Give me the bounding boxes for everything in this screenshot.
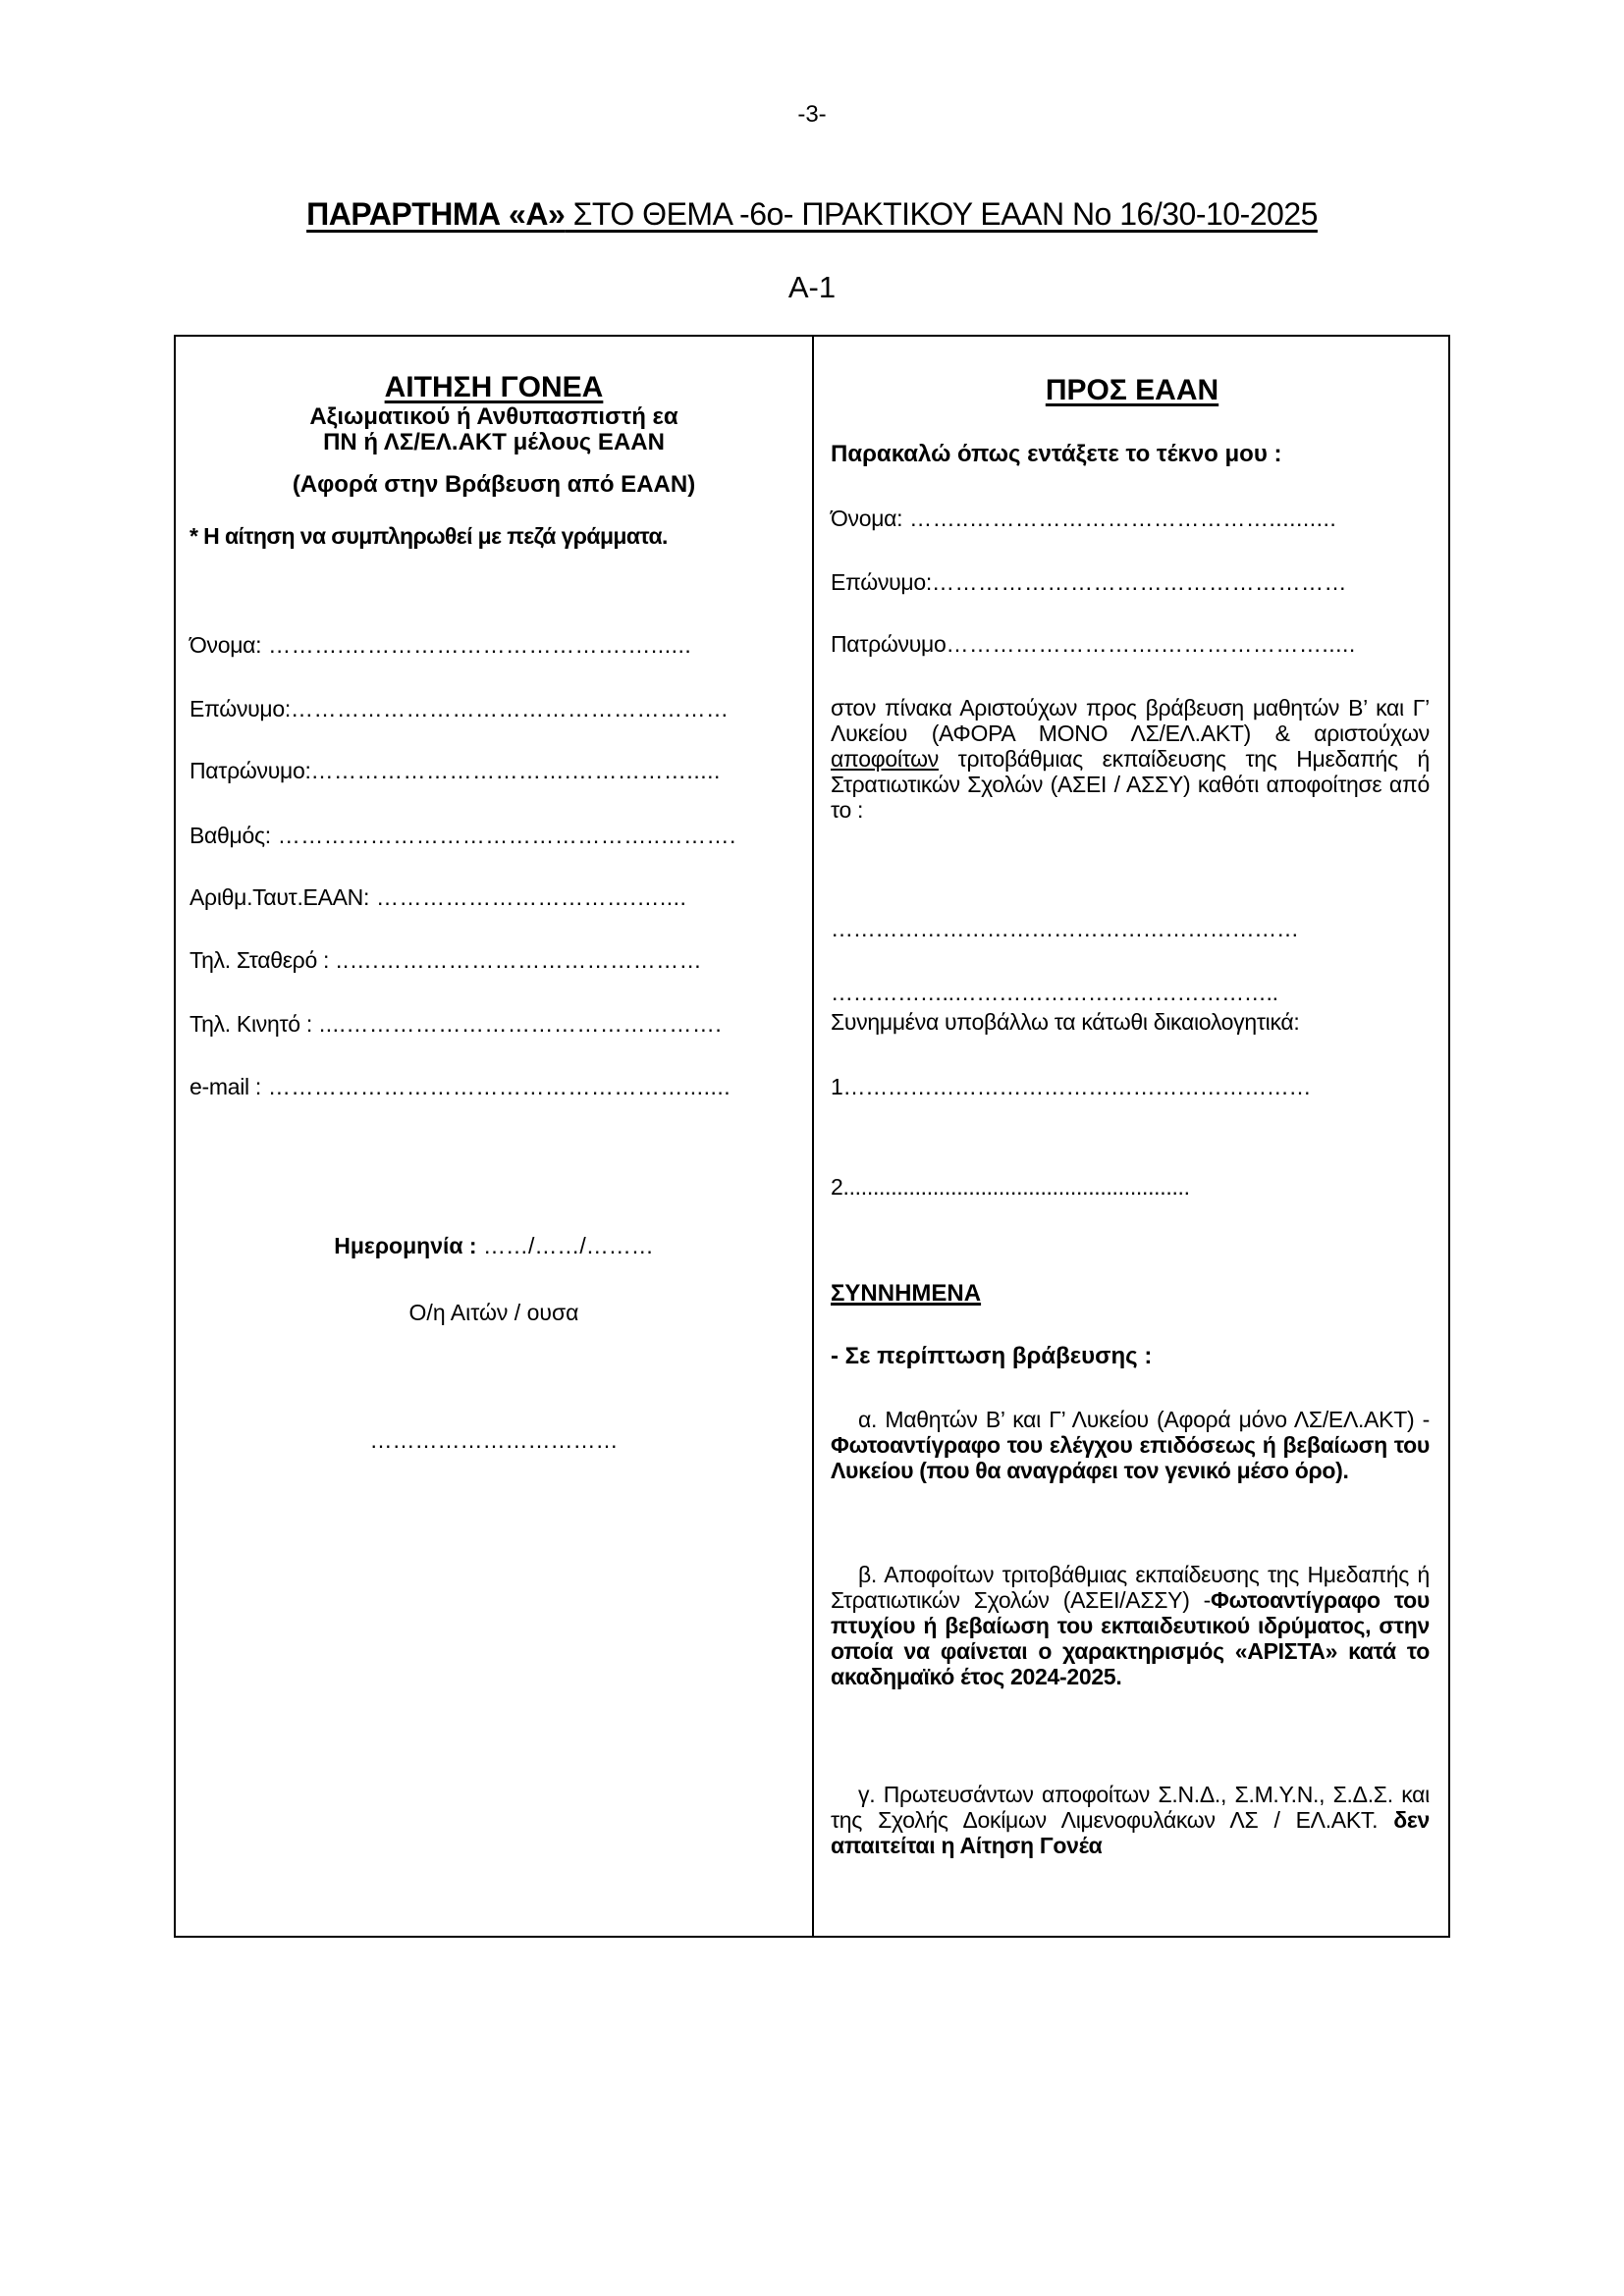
annex-code: Α-1	[0, 270, 1624, 305]
attachment-item-a: α. Μαθητών Β’ και Γ’ Λυκείου (Αφορά μόνο…	[831, 1407, 1430, 1483]
email-field[interactable]: e-mail : ……………………………………………….......	[189, 1074, 731, 1100]
signature-field[interactable]: ……………………………	[176, 1427, 812, 1454]
page-number: -3-	[0, 101, 1624, 129]
child-surname-field[interactable]: Επώνυμο:………………………………………………	[831, 569, 1347, 596]
parent-rank-field[interactable]: Βαθμός: …………………………………………..……….	[189, 823, 736, 849]
to-eaan-heading: ΠΡΟΣ ΕΑΑΝ	[814, 374, 1450, 407]
date-field[interactable]: Ημερομηνία : ……/……/………	[176, 1233, 812, 1259]
award-table-paragraph: στον πίνακα Αριστούχων προς βράβευση μαθ…	[831, 695, 1430, 823]
attachment-item-b: β. Αποφοίτων τριτοβάθμιας εκπαίδευσης τη…	[831, 1562, 1430, 1689]
graduated-from-field-line1[interactable]: ………………………………………………………	[831, 916, 1299, 942]
attachments-intro: Συνημμένα υποβάλλω τα κάτωθι δικαιολογητ…	[831, 1009, 1299, 1036]
document-title-annex: ΠΑΡΑΡΤΗΜΑ «Α»	[306, 196, 565, 232]
enrollment-request: Παρακαλώ όπως εντάξετε το τέκνο μου :	[831, 441, 1281, 468]
application-form-table: ΑΙΤΗΣΗ ΓΟΝΕΑ Αξιωματικού ή Ανθυπασπιστή …	[174, 335, 1450, 1938]
mobile-phone-field[interactable]: Τηλ. Κινητό : ....………………………………………….	[189, 1011, 722, 1038]
applicant-rank-line1: Αξιωματικού ή Ανθυπασπιστή εα	[176, 403, 812, 431]
applicant-rank-line2: ΠΝ ή ΛΣ/ΕΛ.ΑΚΤ μέλους ΕΑΑΝ	[176, 429, 812, 456]
attachment-item-c: γ. Πρωτευσάντων αποφοίτων Σ.Ν.Δ., Σ.Μ.Υ.…	[831, 1782, 1430, 1858]
landline-phone-field[interactable]: Τηλ. Σταθερό : ..….……………………………………	[189, 947, 702, 974]
document-title-rest: ΣΤΟ ΘΕΜΑ -6ο- ΠΡΑΚΤΙΚΟΥ ΕΑΑΝ Νο 16/30-10…	[565, 196, 1318, 232]
to-eaan-column: ΠΡΟΣ ΕΑΑΝ Παρακαλώ όπως εντάξετε το τέκν…	[814, 337, 1450, 1936]
attachment-2-field[interactable]: 2.......................................…	[831, 1174, 1190, 1201]
parent-application-column: ΑΙΤΗΣΗ ΓΟΝΕΑ Αξιωματικού ή Ανθυπασπιστή …	[176, 337, 812, 1936]
application-subject: (Αφορά στην Βράβευση από ΕΑΑΝ)	[176, 471, 812, 499]
parent-name-field[interactable]: Όνομα: ……….……………………………….…......	[189, 632, 691, 659]
attachment-1-field[interactable]: 1………………………………………………………	[831, 1074, 1311, 1100]
document-title: ΠΑΡΑΡΤΗΜΑ «Α» ΣΤΟ ΘΕΜΑ -6ο- ΠΡΑΚΤΙΚΟΥ ΕΑ…	[0, 196, 1624, 233]
graduated-from-field-line2[interactable]: ……………..……………………………………..	[831, 980, 1278, 1006]
child-name-field[interactable]: Όνομα: ……..…………………………………..........	[831, 506, 1336, 532]
attachments-section-title: ΣΥΝΝΗΜΕΝΑ	[831, 1280, 981, 1308]
parent-fathers-name-field[interactable]: Πατρώνυμο:…………………………….…………….....	[189, 758, 721, 784]
parent-application-heading: ΑΙΤΗΣΗ ΓΟΝΕΑ	[176, 371, 812, 404]
parent-surname-field[interactable]: Επώνυμο:…………………………………………………	[189, 696, 729, 722]
applicant-label: Ο/η Αιτών / ουσα	[176, 1300, 812, 1326]
child-fathers-name-field[interactable]: Πατρώνυμο……………………….………………….....	[831, 631, 1356, 658]
award-case-title: - Σε περίπτωση βράβευσης :	[831, 1343, 1152, 1370]
fill-instructions-note: * Η αίτηση να συμπληρωθεί με πεζά γράμμα…	[189, 523, 668, 550]
eaan-id-field[interactable]: Αριθμ.Ταυτ.ΕΑΑΝ: …………………………….…....	[189, 884, 686, 911]
